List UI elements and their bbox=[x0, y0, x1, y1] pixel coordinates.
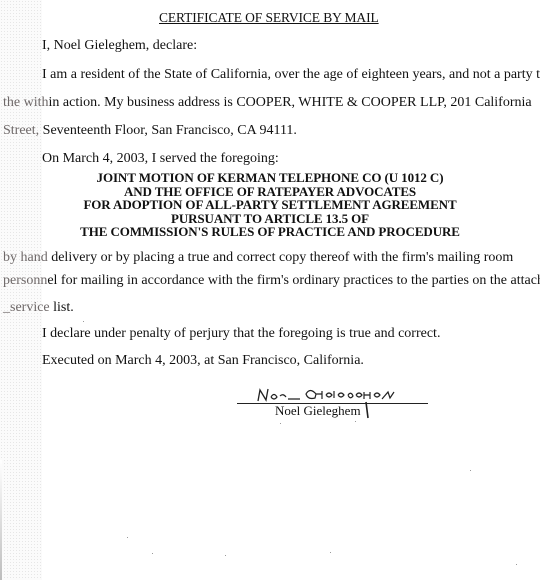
document-title: CERTIFICATE OF SERVICE BY MAIL bbox=[159, 10, 379, 26]
paragraph2-line2: personnel for mailing in accordance with… bbox=[3, 273, 540, 289]
paragraph2-line3-text: list. bbox=[50, 300, 74, 315]
scan-speck bbox=[516, 564, 517, 565]
document-page: CERTIFICATE OF SERVICE BY MAIL I, Noel G… bbox=[0, 0, 540, 580]
scan-speck bbox=[225, 555, 226, 556]
declarant-intro: I, Noel Gieleghem, declare: bbox=[42, 38, 197, 54]
paragraph1-line1: I am a resident of the State of Californ… bbox=[42, 67, 540, 83]
faded-text-fragment: Street, bbox=[3, 123, 43, 138]
scan-margin-strip bbox=[0, 0, 42, 580]
paragraph2-line1: by hand delivery or by placing a true an… bbox=[3, 250, 513, 266]
motion-title-line: THE COMMISSION'S RULES OF PRACTICE AND P… bbox=[0, 225, 540, 239]
motion-title-line: FOR ADOPTION OF ALL-PARTY SETTLEMENT AGR… bbox=[0, 198, 540, 212]
scan-speck bbox=[83, 321, 84, 322]
motion-title-line: PURSUANT TO ARTICLE 13.5 OF bbox=[0, 212, 540, 226]
scan-speck bbox=[470, 470, 471, 471]
scan-speck bbox=[152, 553, 153, 554]
scan-speck bbox=[280, 423, 281, 424]
motion-title-line: JOINT MOTION OF KERMAN TELEPHONE CO (U 1… bbox=[0, 171, 540, 185]
perjury-statement: I declare under penalty of perjury that … bbox=[42, 326, 440, 342]
paragraph2-line2-text: el for mailing in accordance with the fi… bbox=[47, 273, 540, 288]
faded-text-fragment: _service bbox=[3, 300, 50, 315]
motion-title-line: AND THE OFFICE OF RATEPAYER ADVOCATES bbox=[0, 185, 540, 199]
scan-speck bbox=[127, 537, 128, 538]
scan-speck bbox=[355, 421, 356, 422]
scan-edge-shadow bbox=[0, 460, 2, 580]
scan-speck bbox=[330, 552, 331, 553]
executed-statement: Executed on March 4, 2003, at San Franci… bbox=[42, 353, 364, 369]
paragraph1-line2: the within action. My business address i… bbox=[3, 95, 532, 111]
paragraph2-line1-text: delivery or by placing a true and correc… bbox=[48, 250, 514, 265]
motion-title: JOINT MOTION OF KERMAN TELEPHONE CO (U 1… bbox=[0, 171, 540, 239]
faded-text-fragment: by hand bbox=[3, 250, 48, 265]
paragraph2-line3: _service list. bbox=[3, 300, 74, 316]
paragraph1-line2-text: in action. My business address is COOPER… bbox=[49, 95, 532, 110]
served-intro: On March 4, 2003, I served the foregoing… bbox=[42, 151, 279, 167]
paragraph1-line3-text: Seventeenth Floor, San Francisco, CA 941… bbox=[43, 123, 297, 138]
faded-text-fragment: the with bbox=[3, 95, 49, 110]
signatory-printed-name: Noel Gieleghem bbox=[275, 403, 361, 418]
faded-text-fragment: personn bbox=[3, 273, 47, 288]
paragraph1-line3: Street, Seventeenth Floor, San Francisco… bbox=[3, 123, 297, 139]
